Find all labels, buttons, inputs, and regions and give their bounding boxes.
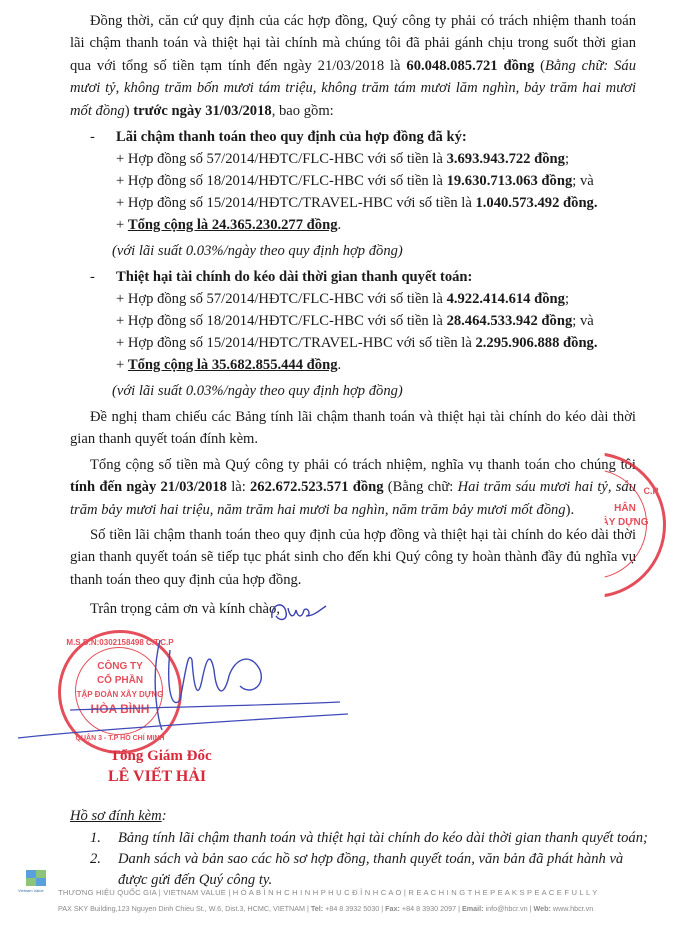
contract-line: + Hợp đồng số 15/2014/HĐTC/TRAVEL-HBC vớ… bbox=[116, 192, 598, 214]
continuation-paragraph: Số tiền lãi chậm thanh toán theo quy địn… bbox=[70, 524, 636, 591]
section-heading: Lãi chậm thanh toán theo quy định của hợ… bbox=[116, 126, 467, 148]
letter-page: Đồng thời, căn cứ quy định của các hợp đ… bbox=[0, 0, 700, 930]
attachment-item: 1.Bảng tính lãi chậm thanh toán và thiệt… bbox=[90, 828, 650, 849]
contract-line: + Hợp đồng số 18/2014/HĐTC/FLC-HBC với s… bbox=[116, 170, 594, 192]
contract-line: + Hợp đồng số 57/2014/HĐTC/FLC-HBC với s… bbox=[116, 288, 569, 310]
intro-deadline: trước ngày 31/03/2018 bbox=[133, 103, 271, 119]
section-dash: - bbox=[90, 266, 95, 288]
contract-line: + Hợp đồng số 18/2014/HĐTC/FLC-HBC với s… bbox=[116, 310, 594, 332]
interest-rate-note: (với lãi suất 0.03%/ngày theo quy định h… bbox=[112, 380, 403, 402]
grand-total-paragraph: Tổng cộng số tiền mà Quý công ty phải có… bbox=[70, 454, 636, 521]
initial-signature bbox=[268, 598, 328, 624]
footer-contact: PAX SKY Building,123 Nguyen Dinh Chieu S… bbox=[58, 904, 593, 913]
director-signature bbox=[10, 630, 350, 740]
section-heading: Thiệt hại tài chính do kéo dài thời gian… bbox=[116, 266, 472, 288]
intro-paren-open: ( bbox=[534, 58, 545, 74]
vietnam-value-logo: Vietnam Value bbox=[22, 868, 52, 894]
grand-total-amount: 262.672.523.571 đồng bbox=[250, 479, 384, 495]
intro-tail: , bao gồm: bbox=[272, 103, 334, 119]
section-total: + Tổng cộng là 35.682.855.444 đồng. bbox=[116, 354, 341, 376]
reference-paragraph: Đề nghị tham chiếu các Bảng tính lãi chậ… bbox=[70, 406, 636, 451]
attachments-list: 1.Bảng tính lãi chậm thanh toán và thiệt… bbox=[90, 828, 650, 891]
intro-paragraph: Đồng thời, căn cứ quy định của các hợp đ… bbox=[70, 10, 636, 122]
closing-salutation: Trân trọng cảm ơn và kính chào, bbox=[90, 598, 280, 620]
intro-amount: 60.048.085.721 đồng bbox=[406, 58, 534, 74]
footer-tagline: THƯƠNG HIỆU QUỐC GIA | VIETNAM VALUE | H… bbox=[58, 888, 598, 897]
section-dash: - bbox=[90, 126, 95, 148]
signatory-name: LÊ VIẾT HẢI bbox=[108, 768, 206, 786]
signatory-title: Tổng Giám Đốc bbox=[110, 748, 212, 765]
section-total: + Tổng cộng là 24.365.230.277 đồng. bbox=[116, 214, 341, 236]
attachments-heading: Hồ sơ đính kèm: bbox=[70, 806, 167, 826]
contract-line: + Hợp đồng số 57/2014/HĐTC/FLC-HBC với s… bbox=[116, 148, 569, 170]
contract-line: + Hợp đồng số 15/2014/HĐTC/TRAVEL-HBC vớ… bbox=[116, 332, 598, 354]
intro-paren-close: ) bbox=[125, 103, 134, 119]
interest-rate-note: (với lãi suất 0.03%/ngày theo quy định h… bbox=[112, 240, 403, 262]
attachment-item: 2.Danh sách và bản sao các hồ sơ hợp đồn… bbox=[90, 849, 650, 891]
